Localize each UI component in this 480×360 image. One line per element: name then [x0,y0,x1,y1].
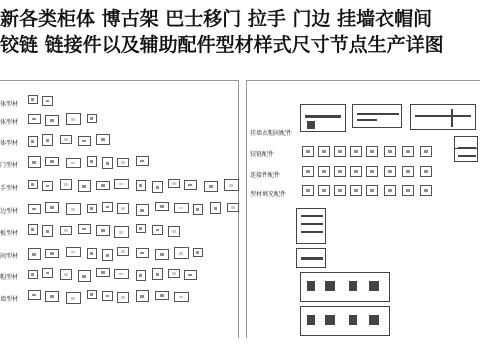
profile-thumbnail [155,249,169,260]
fitting-thumbnail [318,166,330,177]
profile-thumbnail [87,248,97,259]
profile-thumbnail [114,179,129,189]
profile-thumbnail [96,268,110,277]
profile-thumbnail [60,135,72,144]
profile-thumbnail [193,248,203,257]
profile-thumbnail [152,225,163,235]
fitting-thumbnail [384,146,396,157]
profile-thumbnail [184,180,197,190]
profile-thumbnail [102,202,113,212]
profile-thumbnail [28,114,41,124]
section-label: 铰链配件 [250,149,274,158]
profile-thumbnail [66,158,81,168]
detail-drawing [300,272,390,302]
fitting-thumbnail [366,185,378,196]
section-label: 墙型材 [0,294,18,303]
fitting-thumbnail [420,146,432,157]
profile-thumbnail [114,269,129,279]
profile-thumbnail [78,136,91,146]
profile-thumbnail [28,224,38,235]
section-label: 连接件配件 [250,170,280,179]
profile-thumbnail [102,249,113,261]
profile-thumbnail [117,247,129,256]
profile-thumbnail [66,203,81,215]
profile-thumbnail [117,158,129,167]
fitting-thumbnail [366,146,378,157]
fitting-thumbnail [402,166,414,177]
profile-thumbnail [66,247,81,257]
profile-thumbnail [66,113,81,125]
profile-thumbnail [168,269,180,278]
section-label: 板型材 [0,228,18,237]
section-label: 体型材 [0,138,18,147]
fitting-thumbnail [350,146,362,157]
profile-thumbnail [66,292,81,304]
section-label: 门型材 [0,160,18,169]
profile-thumbnail [78,270,91,282]
profile-thumbnail [87,114,97,123]
section-label: 帽型材 [0,272,18,281]
fitting-thumbnail [350,185,362,196]
fitting-thumbnail [366,166,378,177]
profile-thumbnail [96,181,110,190]
profile-thumbnail [78,180,91,192]
detail-drawing [300,306,390,336]
profile-thumbnail [204,181,218,192]
fitting-thumbnail [302,166,314,177]
left-panel-top-border [0,80,238,81]
profile-thumbnail [42,96,53,106]
profile-thumbnail [45,115,59,126]
profile-thumbnail [87,204,97,213]
fitting-thumbnail [302,185,314,196]
fitting-thumbnail [334,166,346,177]
profile-thumbnail [155,291,169,300]
profile-thumbnail [87,156,97,167]
section-label: 边型材 [0,206,18,215]
detail-drawing [296,248,326,268]
section-label: 间型材 [0,251,18,260]
right-panel-left-border [246,80,247,338]
profile-thumbnail [193,204,203,215]
profile-thumbnail [60,269,72,280]
section-label: 手型材 [0,183,18,192]
profile-thumbnail [96,134,110,145]
profile-thumbnail [78,224,91,234]
profile-thumbnail [28,248,41,260]
fitting-thumbnail [384,166,396,177]
profile-thumbnail [28,180,38,189]
profile-thumbnail [28,204,41,214]
profile-thumbnail [136,224,146,233]
fitting-thumbnail [334,146,346,157]
fitting-thumbnail [420,166,432,177]
profile-thumbnail [174,203,189,213]
profile-thumbnail [168,179,180,188]
profile-thumbnail [224,179,239,191]
detail-drawing [352,104,402,128]
section-label: 体型材 [0,117,18,126]
profile-thumbnail [60,226,72,235]
fitting-thumbnail [318,146,330,157]
title-line-1: 新各类柜体 博古架 巴士移门 拉手 门边 挂墙衣帽间 [0,4,432,31]
section-label: 型材填充配件 [250,189,286,198]
profile-thumbnail [184,270,197,280]
profile-thumbnail [42,134,53,146]
profile-thumbnail [155,202,169,211]
profile-thumbnail [102,291,113,301]
detail-drawing [454,148,478,162]
profile-thumbnail [174,247,189,259]
profile-thumbnail [136,180,146,191]
profile-thumbnail [28,290,41,300]
profile-thumbnail [28,156,41,168]
profile-thumbnail [152,181,163,193]
profile-thumbnail [45,202,59,213]
profile-thumbnail [87,290,97,299]
profile-thumbnail [45,291,59,302]
fitting-thumbnail [334,185,346,196]
fitting-thumbnail [350,166,362,177]
profile-thumbnail [60,179,72,190]
profile-thumbnail [28,136,38,147]
fitting-thumbnail [402,146,414,157]
profile-thumbnail [136,204,149,216]
profile-thumbnail [45,249,59,258]
detail-drawing [300,104,346,132]
profile-thumbnail [136,248,149,258]
profile-thumbnail [136,290,149,302]
profile-thumbnail [152,268,163,280]
profile-thumbnail [136,270,146,281]
profile-thumbnail [136,156,149,166]
profile-thumbnail [42,181,53,191]
profile-thumbnail [28,270,38,279]
profile-thumbnail [117,203,129,214]
fitting-thumbnail [302,146,314,157]
title-line-2: 铰链 链接件以及辅助配件型材样式尺寸节点生产详图 [0,30,444,57]
section-label: 体型材 [0,99,18,108]
profile-thumbnail [117,292,129,303]
detail-drawing [410,104,476,130]
fitting-thumbnail [402,185,414,196]
right-panel-top-border [246,80,480,81]
fitting-thumbnail [420,185,432,196]
profile-thumbnail [45,157,59,166]
profile-thumbnail [42,225,53,237]
profile-thumbnail [28,95,38,104]
section-label: 挂墙衣帽间配件 [250,128,292,137]
fitting-thumbnail [384,185,396,196]
detail-drawing [296,208,326,244]
profile-thumbnail [210,202,221,214]
profile-thumbnail [174,292,189,302]
profile-thumbnail [168,226,180,237]
profile-thumbnail [42,268,53,278]
profile-thumbnail [114,226,129,238]
profile-thumbnail [102,157,113,169]
profile-thumbnail [227,203,239,212]
fitting-thumbnail [318,185,330,196]
profile-thumbnail [96,225,110,236]
